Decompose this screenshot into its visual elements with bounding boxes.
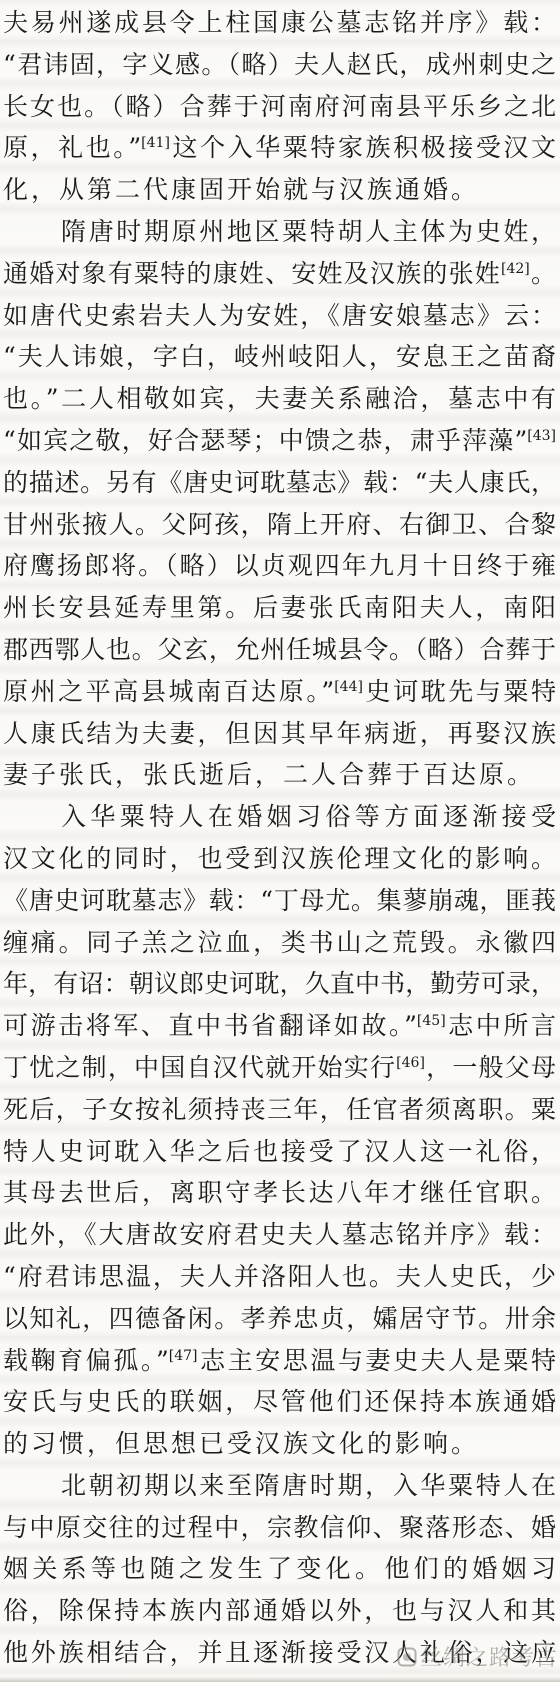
text-segment: 原州之平高县城南百达原。” [3,677,334,706]
text-line: 人康氏结为夫妻，但因其早年病逝，再娶汉族 [3,713,556,755]
text-segment: 。 [530,259,556,288]
text-segment: 缠痛。同子羔之泣血，类书山之荒毁。永徽四 [3,928,556,957]
text-line: “府君讳思温，夫人并洛阳人也。夫人史氏，少 [3,1256,556,1298]
text-segment: 郡西鄂人也。父玄，允州任城县令。（略）合葬于 [3,635,556,664]
text-line: 缠痛。同子羔之泣血，类书山之荒毁。永徽四 [3,922,556,964]
text-segment: 长女也。（略）合葬于河南府河南县平乐乡之北 [3,92,556,121]
text-segment: 可游击将军、直中书省翻译如故。” [3,1011,417,1040]
text-line: 如唐代史索岩夫人为安姓，《唐安娘墓志》云： [3,295,556,337]
text-line: 年，有诏：朝议郎史诃耽，久直中书，勤劳可录， [3,963,556,1005]
text-segment: 夫易州遂成县令上柱国康公墓志铭并序》载： [3,8,556,37]
text-line: 州长安县延寿里第。后妻张氏南阳夫人，南阳 [3,587,556,629]
text-segment: 以知礼，四德备闲。孝养忠贞，孀居守节。卅余 [3,1304,556,1333]
text-line: 汉文化的同时，也受到汉族伦理文化的影响。 [3,838,556,880]
text-line: 载鞠育偏孤。”[47]志主安思温与妻史夫人是粟特 [3,1340,556,1382]
text-line: 隋唐时期原州地区粟特胡人主体为史姓， [3,211,556,253]
page-bottom-edge [0,1677,560,1682]
text-segment: 甘州张掖人。父阿孩，隋上开府、右御卫、合黎 [3,510,556,539]
text-line: 可游击将军、直中书省翻译如故。”[45]志中所言 [3,1005,556,1047]
document-page: 夫易州遂成县令上柱国康公墓志铭并序》载：“君讳固，字义感。（略）夫人赵氏，成州刺… [0,0,560,1682]
text-line: 此外，《大唐故安府君史夫人墓志铭并序》载： [3,1214,556,1256]
text-line: 原州之平高县城南百达原。”[44]史诃耽先与粟特 [3,671,556,713]
text-segment: 年，有诏：朝议郎史诃耽，久直中书，勤劳可录， [3,969,556,998]
footnote-ref: [42] [501,261,530,277]
text-line: 的习惯，但思想已受汉族文化的影响。 [3,1423,556,1465]
text-segment: 载鞠育偏孤。” [3,1346,169,1375]
text-line: 姻关系等也随之发生了变化。他们的婚姻习 [3,1548,556,1590]
text-line: “夫人讳娘，字白，岐州岐阳人，安息王之苗裔 [3,336,556,378]
text-line: 的描述。另有《唐史诃耽墓志》载：“夫人康氏， [3,462,556,504]
text-segment: 人康氏结为夫妻，但因其早年病逝，再娶汉族 [3,719,556,748]
text-line: “如宾之敬，好合瑟琴；中馈之恭，肃乎萍藻”[43] [3,420,556,462]
text-segment: 其母去世后，离职守孝长达八年才继任官职。 [3,1178,556,1207]
footnote-ref: [45] [417,1013,446,1029]
text-line: 妻子张氏，张氏逝后，二人合葬于百达原。 [3,754,556,796]
text-segment: 汉文化的同时，也受到汉族伦理文化的影响。 [3,844,556,873]
text-line: 郡西鄂人也。父玄，允州任城县令。（略）合葬于 [3,629,556,671]
text-segment: 史诃耽先与粟特 [363,677,556,706]
text-segment: “君讳固，字义感。（略）夫人赵氏，成州刺史之 [3,50,556,79]
text-segment: 通婚对象有粟特的康姓、安姓及汉族的张姓 [3,259,501,288]
text-segment: 此外，《大唐故安府君史夫人墓志铭并序》载： [3,1220,556,1249]
text-segment: 入华粟特人在婚姻习俗等方面逐渐接受 [61,802,556,831]
text-line: 其母去世后，离职守孝长达八年才继任官职。 [3,1172,556,1214]
text-segment: 这个入华粟特家族积极接受汉文 [170,133,556,162]
text-segment: 府鹰扬郎将。（略）以贞观四年九月十日终于雍 [3,551,556,580]
text-line: 死后，子女按礼须持丧三年，任官者须离职。粟 [3,1089,556,1131]
text-segment: 化，从第二代康固开始就与汉族通婚。 [3,175,479,204]
text-segment: 的描述。另有《唐史诃耽墓志》载：“夫人康氏， [3,468,556,497]
footnote-ref: [47] [169,1348,198,1364]
text-segment: 原，礼也。” [3,133,141,162]
text-segment: 《唐史诃耽墓志》载：“丁母尤。集蓼崩魂，匪莪 [3,886,556,915]
text-segment: “府君讳思温，夫人并洛阳人也。夫人史氏，少 [3,1262,556,1291]
text-segment: 的习惯，但思想已受汉族文化的影响。 [3,1429,479,1458]
text-segment: 也。”二人相敬如宾，夫妻关系融洽，墓志中有 [3,384,556,413]
text-line: 北朝初期以来至隋唐时期，入华粟特人在 [3,1465,556,1507]
text-line: “君讳固，字义感。（略）夫人赵氏，成州刺史之 [3,44,556,86]
text-line: 通婚对象有粟特的康姓、安姓及汉族的张姓[42]。 [3,253,556,295]
text-segment: 志中所言 [446,1011,556,1040]
text-line: 特人史诃耽入华之后也接受了汉人这一礼俗， [3,1131,556,1173]
text-segment: 州长安县延寿里第。后妻张氏南阳夫人，南阳 [3,593,556,622]
text-segment: 与中原交往的过程中，宗教信仰、聚落形态、婚 [3,1513,556,1542]
text-segment: 志主安思温与妻史夫人是粟特 [198,1346,557,1375]
text-segment: “如宾之敬，好合瑟琴；中馈之恭，肃乎萍藻” [3,426,527,455]
text-segment: 隋唐时期原州地区粟特胡人主体为史姓， [61,217,556,246]
text-segment: 死后，子女按礼须持丧三年，任官者须离职。粟 [3,1095,556,1124]
text-segment: 姻关系等也随之发生了变化。他们的婚姻习 [3,1554,556,1583]
text-line: 化，从第二代康固开始就与汉族通婚。 [3,169,556,211]
text-segment: ，一般父母 [425,1053,556,1082]
text-line: 《唐史诃耽墓志》载：“丁母尤。集蓼崩魂，匪莪 [3,880,556,922]
text-segment: 如唐代史索岩夫人为安姓，《唐安娘墓志》云： [3,301,556,330]
text-line: 安氏与史氏的联姻，尽管他们还保持本族通婚 [3,1381,556,1423]
text-segment: 特人史诃耽入华之后也接受了汉人这一礼俗， [3,1137,556,1166]
text-segment: “夫人讳娘，字白，岐州岐阳人，安息王之苗裔 [3,342,556,371]
text-segment: 丁忧之制，中国自汉代就开始实行 [3,1053,396,1082]
text-line: 与中原交往的过程中，宗教信仰、聚落形态、婚 [3,1507,556,1549]
text-line: 府鹰扬郎将。（略）以贞观四年九月十日终于雍 [3,545,556,587]
text-line: 长女也。（略）合葬于河南府河南县平乐乡之北 [3,86,556,128]
text-segment: 他外族相结合，并且逐渐接受汉人礼俗，这应 [3,1638,556,1667]
text-line: 他外族相结合，并且逐渐接受汉人礼俗，这应 [3,1632,556,1674]
text-segment: 安氏与史氏的联姻，尽管他们还保持本族通婚 [3,1387,556,1416]
text-line: 原，礼也。”[41]这个入华粟特家族积极接受汉文 [3,127,556,169]
text-line: 入华粟特人在婚姻习俗等方面逐渐接受 [3,796,556,838]
text-line: 也。”二人相敬如宾，夫妻关系融洽，墓志中有 [3,378,556,420]
text-line: 甘州张掖人。父阿孩，隋上开府、右御卫、合黎 [3,504,556,546]
footnote-ref: [44] [334,679,363,695]
text-segment: 俗，除保持本族内部通婚以外，也与汉人和其 [3,1596,556,1625]
text-line: 俗，除保持本族内部通婚以外，也与汉人和其 [3,1590,556,1632]
text-line: 丁忧之制，中国自汉代就开始实行[46]，一般父母 [3,1047,556,1089]
footnote-ref: [43] [527,428,556,444]
article-text: 夫易州遂成县令上柱国康公墓志铭并序》载：“君讳固，字义感。（略）夫人赵氏，成州刺… [0,0,560,1674]
text-segment: 北朝初期以来至隋唐时期，入华粟特人在 [61,1471,556,1500]
footnote-ref: [46] [396,1055,425,1071]
text-line: 以知礼，四德备闲。孝养忠贞，孀居守节。卅余 [3,1298,556,1340]
text-line: 夫易州遂成县令上柱国康公墓志铭并序》载： [3,2,556,44]
footnote-ref: [41] [141,135,170,151]
text-segment: 妻子张氏，张氏逝后，二人合葬于百达原。 [3,760,535,789]
